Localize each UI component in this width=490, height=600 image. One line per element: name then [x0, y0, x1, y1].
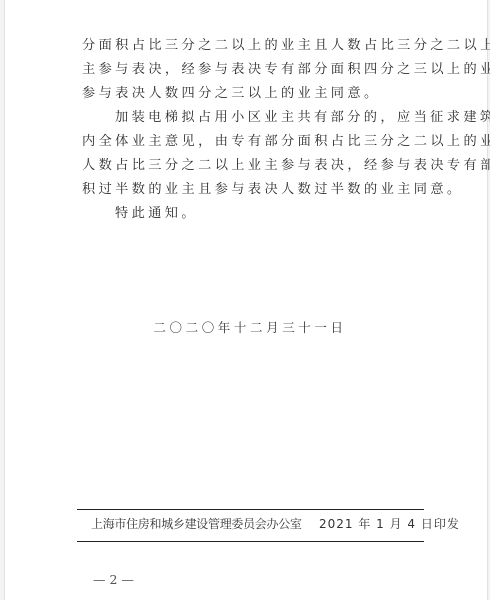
body-line: 积过半数的业主且参与表决人数过半数的业主同意。: [82, 182, 422, 198]
document-page: 分面积占比三分之二以上的业主且人数占比三分之二以上业 主参与表决，经参与表决专有…: [4, 0, 488, 600]
signature-date: 二〇二〇年十二月三十一日: [5, 318, 490, 336]
body-line: 分面积占比三分之二以上的业主且人数占比三分之二以上业: [82, 38, 422, 54]
footer-top-rule: [77, 509, 424, 510]
body-line: 人数占比三分之二以上业主参与表决，经参与表决专有部分面: [82, 158, 422, 174]
body-line: 主参与表决，经参与表决专有部分面积四分之三以上的业主且: [82, 62, 422, 78]
page-number: — 2 —: [93, 572, 134, 587]
closing-line: 特此通知。: [115, 206, 455, 222]
footer-bottom-rule: [77, 541, 424, 542]
body-line: 加装电梯拟占用小区业主共有部分的，应当征求建筑区划: [115, 110, 455, 126]
issued-date: 2021 年 1 月 4 日印发: [319, 515, 460, 532]
body-line: 参与表决人数四分之三以上的业主同意。: [82, 86, 422, 102]
body-line: 内全体业主意见，由专有部分面积占比三分之二以上的业主且: [82, 134, 422, 150]
footer-row: 上海市住房和城乡建设管理委员会办公室 2021 年 1 月 4 日印发: [91, 515, 421, 532]
issuer-name: 上海市住房和城乡建设管理委员会办公室: [91, 517, 302, 531]
